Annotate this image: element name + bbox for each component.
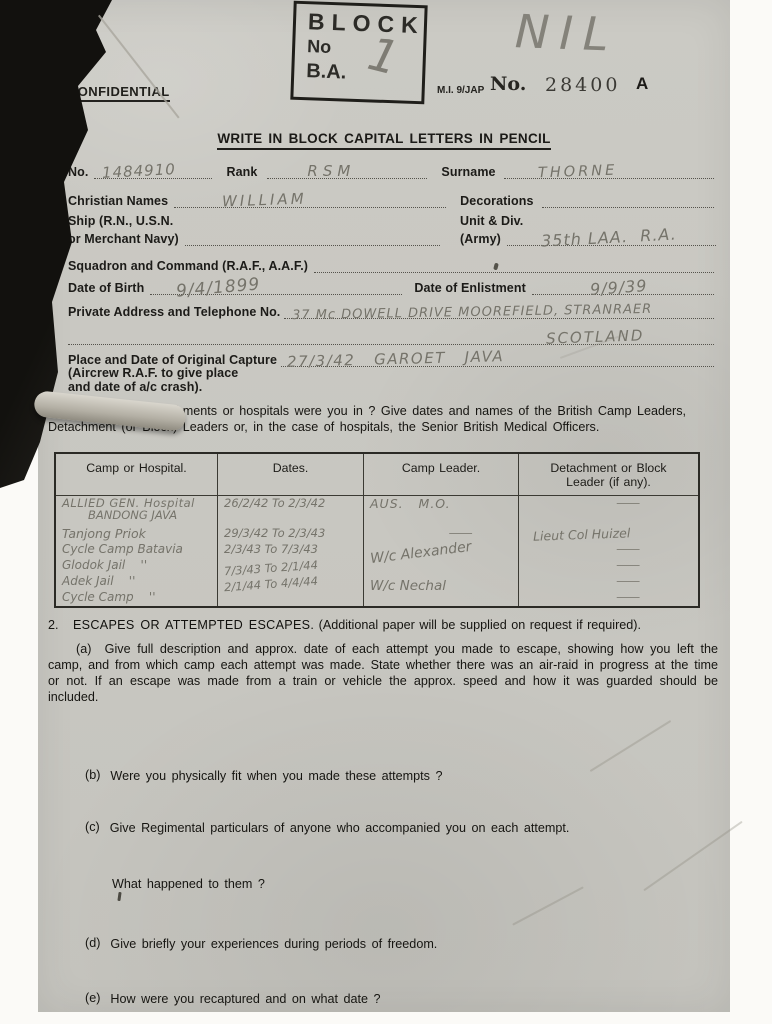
squadron-field-row: Squadron and Command (R.A.F., A.A.F.) bbox=[68, 256, 714, 273]
camp-cell-line2: BANDONG JAVA bbox=[62, 509, 215, 521]
form-paper: CONFIDENTIAL BLOCK No B.A. 1 NIL M.I. 9/… bbox=[38, 0, 730, 1012]
field-row-names: Christian Names WILLIAM Decorations bbox=[68, 191, 714, 208]
unit-div-label-line1: Unit & Div. bbox=[460, 214, 716, 228]
question2c: (c) Give Regimental particulars of anyon… bbox=[85, 820, 569, 836]
question2e: (e) How were you recaptured and on what … bbox=[85, 991, 381, 1007]
capture-value: 27/3/42 GAROET JAVA bbox=[287, 347, 505, 371]
question2e-text: How were you recaptured and on what date… bbox=[110, 991, 380, 1007]
unit-div-field-block: Unit & Div. (Army) 35th LAA. R.A. bbox=[460, 214, 716, 246]
table-row: Tanjong Priok 29/3/42 To 2/3/43 — Lieut … bbox=[56, 526, 698, 542]
capture-label-line3: and date of a/c crash). bbox=[68, 380, 202, 394]
table-row: Glodok Jail '' 7/3/43 To 2/1/44 — bbox=[56, 558, 698, 574]
question2-note: (Additional paper will be supplied on re… bbox=[319, 618, 641, 632]
nil-pencil-annotation: NIL bbox=[514, 4, 619, 62]
detachment-cell: Lieut Col Huizel bbox=[525, 524, 696, 543]
ship-label-line1: Ship (R.N., U.S.N. bbox=[68, 214, 440, 228]
surname-field: THORNE bbox=[504, 162, 714, 179]
stamp-no-word: No bbox=[307, 36, 424, 61]
pencil-stroke bbox=[512, 886, 584, 925]
question2b-tag: (b) bbox=[85, 768, 100, 784]
form-number-value: 28400 bbox=[545, 74, 620, 96]
surname-value: THORNE bbox=[537, 163, 617, 182]
squadron-label: Squadron and Command (R.A.F., A.A.F.) bbox=[68, 259, 308, 273]
form-title: WRITE IN BLOCK CAPITAL LETTERS IN PENCIL bbox=[38, 130, 730, 148]
address-field: 37 Mc DOWELL DRIVE MOOREFIELD, STRANRAER bbox=[284, 302, 714, 319]
table-row: Cycle Camp '' — bbox=[56, 590, 698, 606]
question2a-text: (a) Give full description and approx. da… bbox=[48, 641, 718, 705]
detachment-cell: — bbox=[440, 575, 772, 587]
christian-names-label: Christian Names bbox=[68, 194, 168, 208]
rank-label: Rank bbox=[226, 165, 257, 179]
header-dates: Dates. bbox=[218, 454, 364, 495]
detachment-cell: — bbox=[440, 497, 772, 509]
question2c-followup: What happened to them ? bbox=[112, 876, 265, 892]
question2e-tag: (e) bbox=[85, 991, 100, 1007]
address-field-row: Private Address and Telephone No. 37 Mc … bbox=[68, 302, 714, 319]
form-series-letter: A bbox=[636, 74, 648, 94]
question2-heading: 2. ESCAPES OR ATTEMPTED ESCAPES. (Additi… bbox=[48, 616, 716, 634]
rank-value: RSM bbox=[307, 162, 355, 180]
date-of-enlistment-label: Date of Enlistment bbox=[414, 281, 526, 295]
form-number-label: No. bbox=[490, 73, 526, 95]
unit-div-value: 35th LAA. R.A. bbox=[540, 225, 677, 251]
question2b: (b) Were you physically fit when you mad… bbox=[85, 768, 442, 784]
mi9-jap-label: M.I. 9/JAP bbox=[437, 85, 484, 96]
dates-cell: 2/3/43 To 7/3/43 bbox=[224, 543, 361, 555]
camp-cell: Tanjong Priok bbox=[62, 527, 215, 540]
header-camp-or-hospital: Camp or Hospital. bbox=[56, 454, 218, 495]
scanned-document-page: CONFIDENTIAL BLOCK No B.A. 1 NIL M.I. 9/… bbox=[0, 0, 772, 1024]
table-row: Adek Jail '' 2/1/44 To 4/4/44 W/c Nechal… bbox=[56, 574, 698, 590]
date-of-birth-field: 9/4/1899 bbox=[150, 278, 402, 295]
question2d: (d) Give briefly your experiences during… bbox=[85, 936, 437, 952]
capture-label-line2: (Aircrew R.A.F. to give place bbox=[68, 366, 238, 380]
unit-div-label-line2: (Army) bbox=[460, 232, 501, 246]
service-no-field: 1484910 bbox=[94, 162, 212, 179]
block-number-stamp: BLOCK No B.A. 1 bbox=[290, 1, 427, 105]
ship-label-line2: or Merchant Navy) bbox=[68, 232, 179, 246]
pencil-tick-mark bbox=[117, 892, 121, 901]
ship-field-block: Ship (R.N., U.S.N. or Merchant Navy) bbox=[68, 214, 440, 246]
decorations-label: Decorations bbox=[460, 194, 533, 208]
form-title-text: WRITE IN BLOCK CAPITAL LETTERS IN PENCIL bbox=[217, 131, 550, 150]
dates-cell: 26/2/42 To 2/3/42 bbox=[224, 497, 361, 509]
camps-table: Camp or Hospital. Dates. Camp Leader. De… bbox=[54, 452, 700, 608]
question2c-tag: (c) bbox=[85, 820, 100, 836]
christian-names-value: WILLIAM bbox=[222, 190, 307, 211]
unit-div-field: 35th LAA. R.A. bbox=[507, 229, 716, 246]
camps-table-body: ALLIED GEN. Hospital BANDONG JAVA 26/2/4… bbox=[56, 496, 698, 606]
question2d-tag: (d) bbox=[85, 936, 100, 952]
camp-cell: Cycle Camp Batavia bbox=[62, 543, 215, 556]
detachment-cell: — bbox=[440, 543, 772, 555]
question2d-text: Give briefly your experiences during per… bbox=[110, 936, 437, 952]
stamp-block-word: BLOCK bbox=[308, 8, 425, 39]
question2b-text: Were you physically fit when you made th… bbox=[110, 768, 442, 784]
question2-title: ESCAPES OR ATTEMPTED ESCAPES. bbox=[73, 618, 314, 632]
question2c-text: Give Regimental particulars of anyone wh… bbox=[110, 820, 570, 836]
service-no-label: No. bbox=[68, 165, 88, 179]
question2a-tag: (a) bbox=[76, 642, 91, 656]
header-camp-leader: Camp Leader. bbox=[364, 454, 519, 495]
date-of-birth-label: Date of Birth bbox=[68, 281, 144, 295]
address-value-line1: 37 Mc DOWELL DRIVE MOOREFIELD, STRANRAER bbox=[292, 302, 652, 323]
field-row-identity: No. 1484910 Rank RSM Surname THORNE bbox=[68, 162, 714, 179]
date-of-enlistment-value: 9/9/39 bbox=[589, 276, 648, 299]
header-detachment-leader: Detachment or Block Leader (if any). bbox=[519, 454, 698, 495]
table-row: ALLIED GEN. Hospital BANDONG JAVA 26/2/4… bbox=[56, 496, 698, 526]
camp-cell: Glodok Jail '' bbox=[62, 559, 215, 572]
capture-field: 27/3/42 GAROET JAVA bbox=[281, 350, 714, 367]
pencil-stroke bbox=[643, 821, 742, 891]
dates-field-row: Date of Birth 9/4/1899 Date of Enlistmen… bbox=[68, 278, 714, 295]
date-of-birth-value: 9/4/1899 bbox=[176, 274, 262, 301]
camp-cell: Adek Jail '' bbox=[62, 575, 215, 588]
pencil-stroke bbox=[590, 720, 672, 772]
squadron-field bbox=[314, 256, 714, 273]
pencil-dot-mark bbox=[493, 263, 499, 271]
table-row: Cycle Camp Batavia 2/3/43 To 7/3/43 W/c … bbox=[56, 542, 698, 558]
camp-cell: Cycle Camp '' bbox=[62, 591, 215, 604]
question2a-body: Give full description and approx. date o… bbox=[48, 642, 718, 704]
rank-field: RSM bbox=[267, 162, 427, 179]
surname-label: Surname bbox=[441, 165, 495, 179]
address-label: Private Address and Telephone No. bbox=[68, 305, 280, 319]
capture-label-line1: Place and Date of Original Capture bbox=[68, 353, 277, 367]
ship-field bbox=[185, 229, 440, 246]
date-of-enlistment-field: 9/9/39 bbox=[532, 278, 714, 295]
christian-names-field: WILLIAM bbox=[174, 191, 446, 208]
detachment-cell: — bbox=[440, 591, 772, 603]
capture-field-row: Place and Date of Original Capture 27/3/… bbox=[68, 350, 714, 367]
detachment-cell: — bbox=[440, 559, 772, 571]
decorations-field bbox=[542, 191, 715, 208]
service-no-value: 1484910 bbox=[102, 160, 177, 182]
question2-number: 2. bbox=[48, 618, 59, 632]
camps-table-header-row: Camp or Hospital. Dates. Camp Leader. De… bbox=[56, 454, 698, 496]
